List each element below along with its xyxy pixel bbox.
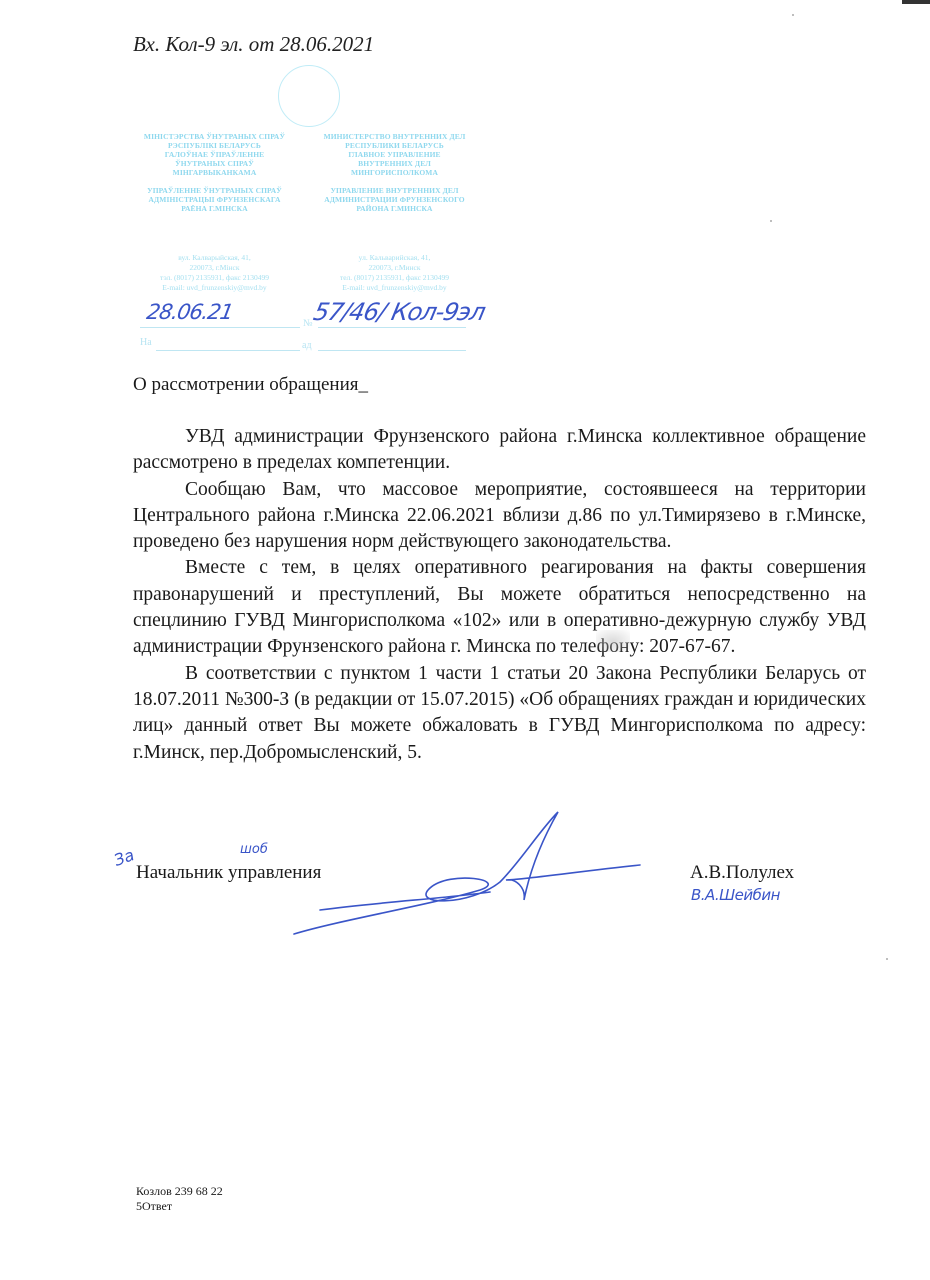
letter-body: УВД администрации Фрунзенского района г.… [133,424,866,766]
handwritten-executor-note: В.А.Шейбин [691,886,780,904]
department-name-ru: УПРАВЛЕНИЕ ВНУТРЕННИХ ДЕЛ АДМИНИСТРАЦИИ … [312,186,477,213]
address-be: вул. Калварыйская, 41, 220073, г.Мінск т… [132,253,297,293]
signature-icon [280,810,680,940]
address-ru: ул. Кальварийская, 41, 220073, г.Минск т… [312,253,477,293]
signatory-name: А.В.Полулех [690,862,794,884]
handwritten-initials: шоб [240,842,268,857]
handwritten-reg-number: 57/46/ Кол-9эл [311,298,487,326]
scan-speck [792,14,794,16]
letterhead-russian: МИНИСТЕРСТВО ВНУТРЕННИХ ДЕЛ РЕСПУБЛИКИ Б… [312,132,477,222]
body-paragraph: Сообщаю Вам, что массовое мероприятие, с… [133,477,866,556]
letterhead-belarusian: МІНІСТЭРСТВА ЎНУТРАНЫХ СПРАЎ РЭСПУБЛІКІ … [132,132,297,222]
body-paragraph: УВД администрации Фрунзенского района г.… [133,424,866,477]
file-code: 5Ответ [136,1199,223,1214]
reference-from-line [318,350,466,351]
reference-label: На [140,337,152,348]
scan-corner-mark [902,0,930,4]
department-name-be: УПРАЎЛЕННЕ ЎНУТРАНЫХ СПРАЎ АДМІНІСТРАЦЫІ… [132,186,297,213]
scan-speck [770,220,772,222]
handwritten-date: 28.06.21 [145,300,235,324]
ministry-name-ru: МИНИСТЕРСТВО ВНУТРЕННИХ ДЕЛ РЕСПУБЛИКИ Б… [312,132,477,177]
number-line [318,327,466,328]
scan-speck [886,958,888,960]
state-emblem-icon [278,65,340,127]
reference-from-label: ад [302,340,312,351]
incoming-stamp: Вх. Кол-9 эл. от 28.06.2021 [133,32,374,57]
subject-line: О рассмотрении обращения_ [133,374,368,396]
body-paragraph: Вместе с тем, в целях оперативного реаги… [133,555,866,660]
reference-line [156,350,300,351]
date-line [140,327,300,328]
body-paragraph: В соответствии с пунктом 1 части 1 стать… [133,661,866,766]
redaction-smudge [596,630,630,652]
ministry-name-be: МІНІСТЭРСТВА ЎНУТРАНЫХ СПРАЎ РЭСПУБЛІКІ … [132,132,297,177]
handwritten-note-left: За [111,845,136,870]
footer: Козлов 239 68 22 5Ответ [136,1184,223,1214]
executor-info: Козлов 239 68 22 [136,1184,223,1199]
